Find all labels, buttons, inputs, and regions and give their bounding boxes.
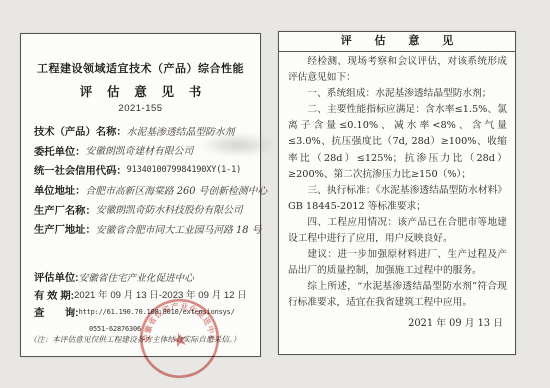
field-value: 水泥基渗透结晶型防水剂 — [127, 124, 235, 138]
opinion-date: 2021 年 09 月 13 日 — [408, 315, 503, 329]
field-label: 单位地址： — [34, 182, 85, 197]
document-title-line2: 评 估 意 见 书 — [21, 82, 260, 100]
field-label: 技术（产品）名称： — [34, 123, 127, 138]
field-label: 生产厂地址： — [34, 221, 96, 236]
field-label: 统一社会信用代码： — [34, 162, 127, 177]
opinion-paragraph-1: 一、系统组成：水泥基渗透结晶型防水剂； — [288, 86, 507, 102]
field-value: 安徽朗凯奇建材有限公司 — [85, 143, 193, 157]
field-row-manufacturer-address: 生产厂地址： 安徽省合肥市同大工业园马河路 18 号 — [34, 219, 254, 239]
field-row-validity: 有 效 期: 2021 年 09 月 13 日-2023 年 09 月 12 日 — [34, 286, 256, 304]
opinion-header: 评 估 意 见 — [279, 32, 515, 52]
field-row-evaluator: 评估单位: 安徽省住宅产业化促进中心 — [34, 268, 256, 286]
field-row-address: 单位地址： 合肥市高新区海棠路 260 号创新检测中心 — [34, 180, 254, 200]
field-value: 安徽省合肥市同大工业园马河路 18 号 — [96, 222, 262, 236]
field-label: 查 询: — [34, 304, 79, 319]
opinion-paragraph-intro: 经检测、现场考察和会议评估，对该系统形成评估意见如下： — [288, 54, 507, 86]
field-label: 评估单位: — [34, 269, 79, 284]
opinion-paragraph-3: 三、执行标准：《水泥基渗透结晶型防水材料》GB 18445-2012 等标准要求… — [288, 183, 507, 215]
opinion-paragraph-conclusion: 综上所述，“水泥基渗透结晶型防水剂”符合现行标准要求，适宜在我省建筑工程中应用。 — [288, 279, 507, 311]
opinion-body: 经检测、现场考察和会议评估，对该系统形成评估意见如下： 一、系统组成：水泥基渗透… — [288, 54, 507, 312]
field-value: 合肥市高新区海棠路 260 号创新检测中心 — [85, 183, 267, 197]
opinion-page: 评 估 意 见 经检测、现场考察和会议评估，对该系统形成评估意见如下： 一、系统… — [278, 31, 516, 355]
field-label: 委托单位： — [34, 143, 85, 158]
field-row-client: 委托单位： 安徽朗凯奇建材有限公司 — [34, 141, 254, 161]
field-row-manufacturer: 生产厂名称： 安徽朗凯奇防水科技股份有限公司 — [34, 199, 254, 219]
field-label: 有 效 期: — [34, 287, 74, 302]
certificate-fields: 技术（产品）名称： 水泥基渗透结晶型防水剂 委托单位： 安徽朗凯奇建材有限公司 … — [34, 121, 254, 239]
field-value: 安徽朗凯奇防水科技股份有限公司 — [96, 202, 243, 216]
certificate-serial-number: 2021-155 — [21, 103, 260, 114]
field-row-credit-code: 统一社会信用代码： 9134010079984190XY(1-1) — [34, 160, 254, 180]
field-row-product-name: 技术（产品）名称： 水泥基渗透结晶型防水剂 — [34, 121, 254, 141]
field-label: 生产厂名称： — [34, 202, 96, 217]
opinion-paragraph-2: 二、主要性能指标应满足：含水率≤1.5%、氯离子含量≤0.10%、减水率<8%、… — [288, 102, 507, 182]
opinion-paragraph-suggestion: 建议：进一步加强原材料进厂、生产过程及产品出厂的质量控制，加强施工过程中的服务。 — [288, 247, 507, 279]
opinion-paragraph-4: 四、工程应用情况：该产品已在合肥市等地建设工程中进行了应用，用户反映良好。 — [288, 215, 507, 247]
seal-star-icon: ★ — [169, 327, 190, 351]
document-title-line1: 工程建设领域适宜技术（产品）综合性能 — [21, 60, 260, 76]
field-value: 安徽省住宅产业化促进中心 — [79, 270, 194, 284]
certificate-cover-page: 工程建设领域适宜技术（产品）综合性能 评 估 意 见 书 2021-155 技术… — [20, 33, 261, 357]
field-value: 9134010079984190XY(1-1) — [127, 165, 241, 175]
